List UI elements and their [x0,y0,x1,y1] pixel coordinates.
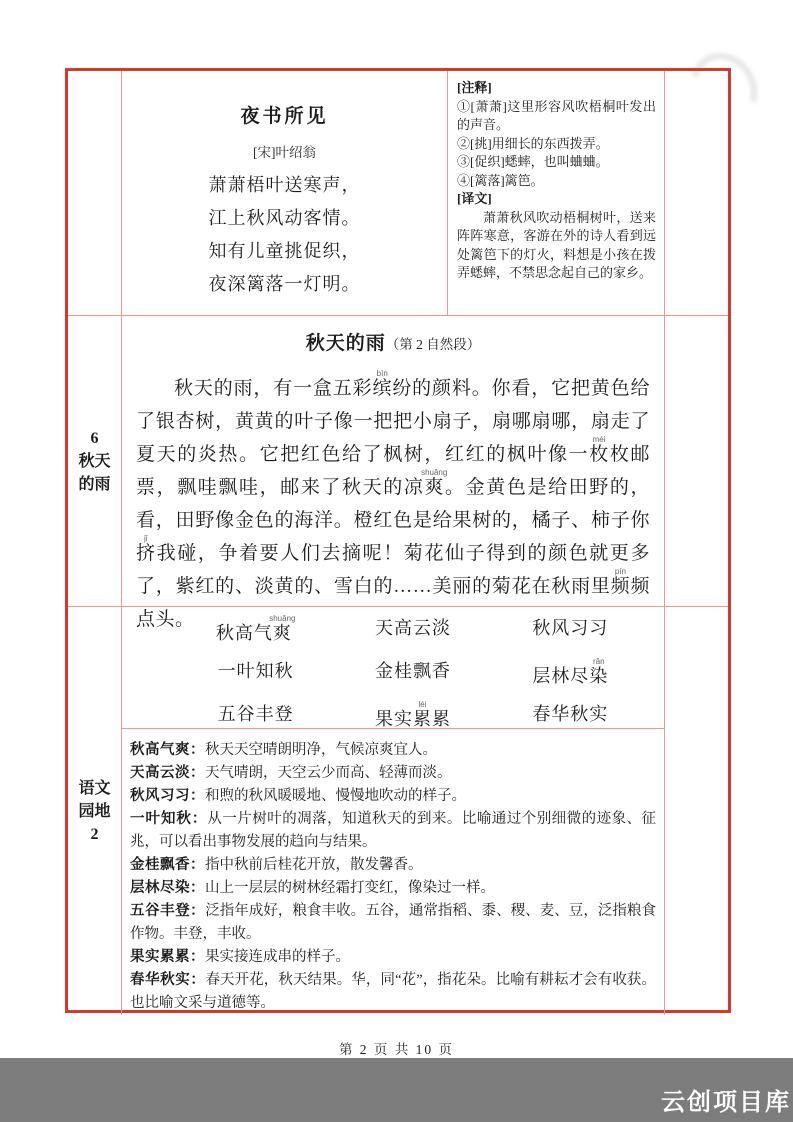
poem-cell: 夜书所见 [宋]叶绍翁 萧萧梧叶送寒声， 江上秋风动客情。 知有儿童挑促织， 夜… [122,71,448,315]
definition-text: 春天开花，秋天结果。华，同“花”，指花朵。比喻有耕耘才会有收获。也比喻文采与道德… [130,972,656,1011]
poem-line: 夜深篱落一灯明。 [122,268,447,301]
definition-item: 金桂飘香：指中秋前后桂花开放，散发馨香。 [130,854,656,877]
lesson-cell: 秋天的雨（第 2 自然段） 秋天的雨，有一盒五彩缤bīn纷的颜料。你看，它把黄色… [122,316,664,607]
definitions-list: 秋高气爽：秋天天空晴朗明净，气候凉爽宜人。 天高云淡：天气晴朗，天空云少而高、轻… [122,729,664,1015]
definition-item: 五谷丰登：泛指年成好，粮食丰收。五谷，通常指稻、黍、稷、麦、豆，泛指粮食作物。丰… [130,900,656,946]
site-watermark: 云创项目库 [661,1082,791,1117]
poem-line: 萧萧梧叶送寒声， [122,169,447,202]
row1-label-cell [68,71,122,316]
definition-term: 秋风习习： [130,788,205,804]
idiom-grid: 秋高气爽shuǎng 天高云淡 秋风习习 一叶知秋 金桂飘香 层林尽染rǎn 五… [122,607,664,729]
definition-term: 一叶知秋： [130,811,207,827]
page-number: 第 2 页 共 10 页 [0,1038,793,1058]
poem-line: 知有儿童挑促织， [122,235,447,268]
definition-item: 果实累累：果实接连成串的样子。 [130,946,656,969]
notes-cell: [注释] ①[萧萧]这里形容风吹梧桐叶发出的声音。 ②[挑]用细长的东西拨弄。 … [448,71,664,315]
lesson-number: 6 [91,427,99,450]
definition-term: 天高云淡： [130,765,205,781]
idiom: 五谷丰登 [218,700,294,731]
definition-text: 和煦的秋风暖暖地、慢慢地吹动的样子。 [205,788,466,804]
translation-header: [译文] [457,190,656,209]
definition-text: 天气晴朗，天空云少而高、轻薄而淡。 [205,765,452,781]
idiom: 层林尽染rǎn [532,657,608,688]
definition-item: 秋风习习：和煦的秋风暖暖地、慢慢地吹动的样子。 [130,785,656,808]
idiom: 天高云淡 [375,614,451,645]
idiom: 果实累léi累 [375,700,451,731]
definition-text: 果实接连成串的样子。 [205,949,350,965]
row2-right-cell [664,316,728,607]
garden-cell: 秋高气爽shuǎng 天高云淡 秋风习习 一叶知秋 金桂飘香 层林尽染rǎn 五… [122,607,664,1015]
note-item: ④[篱落]篱笆。 [457,172,656,191]
translation-text: 萧萧秋风吹动梧桐树叶，送来阵阵寒意，客游在外的诗人看到远处篱笆下的灯火，料想是小… [457,209,656,283]
note-item: ③[促织]蟋蟀，也叫蛐蛐。 [457,153,656,172]
definition-term: 果实累累： [130,949,205,965]
garden-label-line: 2 [91,823,99,846]
definition-term: 春华秋实： [130,972,205,988]
definition-text: 泛指年成好，粮食丰收。五谷，通常指稻、黍、稷、麦、豆，泛指粮食作物。丰登，丰收。 [130,903,656,942]
poem-lines: 萧萧梧叶送寒声， 江上秋风动客情。 知有儿童挑促织， 夜深篱落一灯明。 [122,169,447,301]
lesson-label-cell: 6 秋天 的雨 [68,316,122,607]
bottom-band: 云创项目库 [0,1058,793,1122]
idiom: 金桂飘香 [375,657,451,688]
poem-title: 夜书所见 [122,101,447,128]
poem-row: 夜书所见 [宋]叶绍翁 萧萧梧叶送寒声， 江上秋风动客情。 知有儿童挑促织， 夜… [122,71,664,316]
lesson-label-line: 的雨 [78,473,110,496]
idiom: 一叶知秋 [218,657,294,688]
garden-label-line: 园地 [78,800,110,823]
row3-right-cell [664,607,728,1015]
lesson-label-line: 秋天 [78,450,110,473]
definition-term: 金桂飘香： [130,857,205,873]
idiom: 秋风习习 [532,614,608,645]
row1-right-cell [664,71,728,316]
note-item: ①[萧萧]这里形容风吹梧桐叶发出的声音。 [457,98,656,135]
worksheet-table: 夜书所见 [宋]叶绍翁 萧萧梧叶送寒声， 江上秋风动客情。 知有儿童挑促织， 夜… [65,68,731,1013]
definition-term: 秋高气爽： [130,742,205,758]
definition-text: 从一片树叶的凋落，知道秋天的到来。比喻通过个别细微的迹象、征兆，可以看出事物发展… [130,811,656,850]
lesson-title-line: 秋天的雨（第 2 自然段） [136,328,650,355]
definition-item: 秋高气爽：秋天天空晴朗明净，气候凉爽宜人。 [130,739,656,762]
definition-item: 天高云淡：天气晴朗，天空云少而高、轻薄而淡。 [130,762,656,785]
definition-item: 层林尽染：山上一层层的树林经霜打变红，像染过一样。 [130,877,656,900]
poem-line: 江上秋风动客情。 [122,202,447,235]
idiom: 秋高气爽shuǎng [216,614,296,645]
lesson-title: 秋天的雨 [306,333,386,354]
notes-header: [注释] [457,79,656,98]
lesson-title-suffix: （第 2 自然段） [386,337,481,352]
definition-item: 一叶知秋：从一片树叶的凋落，知道秋天的到来。比喻通过个别细微的迹象、征兆，可以看… [130,808,656,854]
lesson-paragraph: 秋天的雨，有一盒五彩缤bīn纷的颜料。你看，它把黄色给了银杏树，黄黄的叶子像一把… [136,369,650,636]
poem-author: [宋]叶绍翁 [122,141,447,161]
definition-text: 秋天天空晴朗明净，气候凉爽宜人。 [205,742,437,758]
garden-label-line: 语文 [78,777,110,800]
definition-text: 山上一层层的树林经霜打变红，像染过一样。 [205,880,495,896]
definition-term: 层林尽染： [130,880,205,896]
definition-text: 指中秋前后桂花开放，散发馨香。 [205,857,423,873]
garden-label-cell: 语文 园地 2 [68,607,122,1015]
idiom: 春华秋实 [532,700,608,731]
definition-term: 五谷丰登： [130,903,205,919]
definition-item: 春华秋实：春天开花，秋天结果。华，同“花”，指花朵。比喻有耕耘才会有收获。也比喻… [130,969,656,1015]
note-item: ②[挑]用细长的东西拨弄。 [457,135,656,154]
